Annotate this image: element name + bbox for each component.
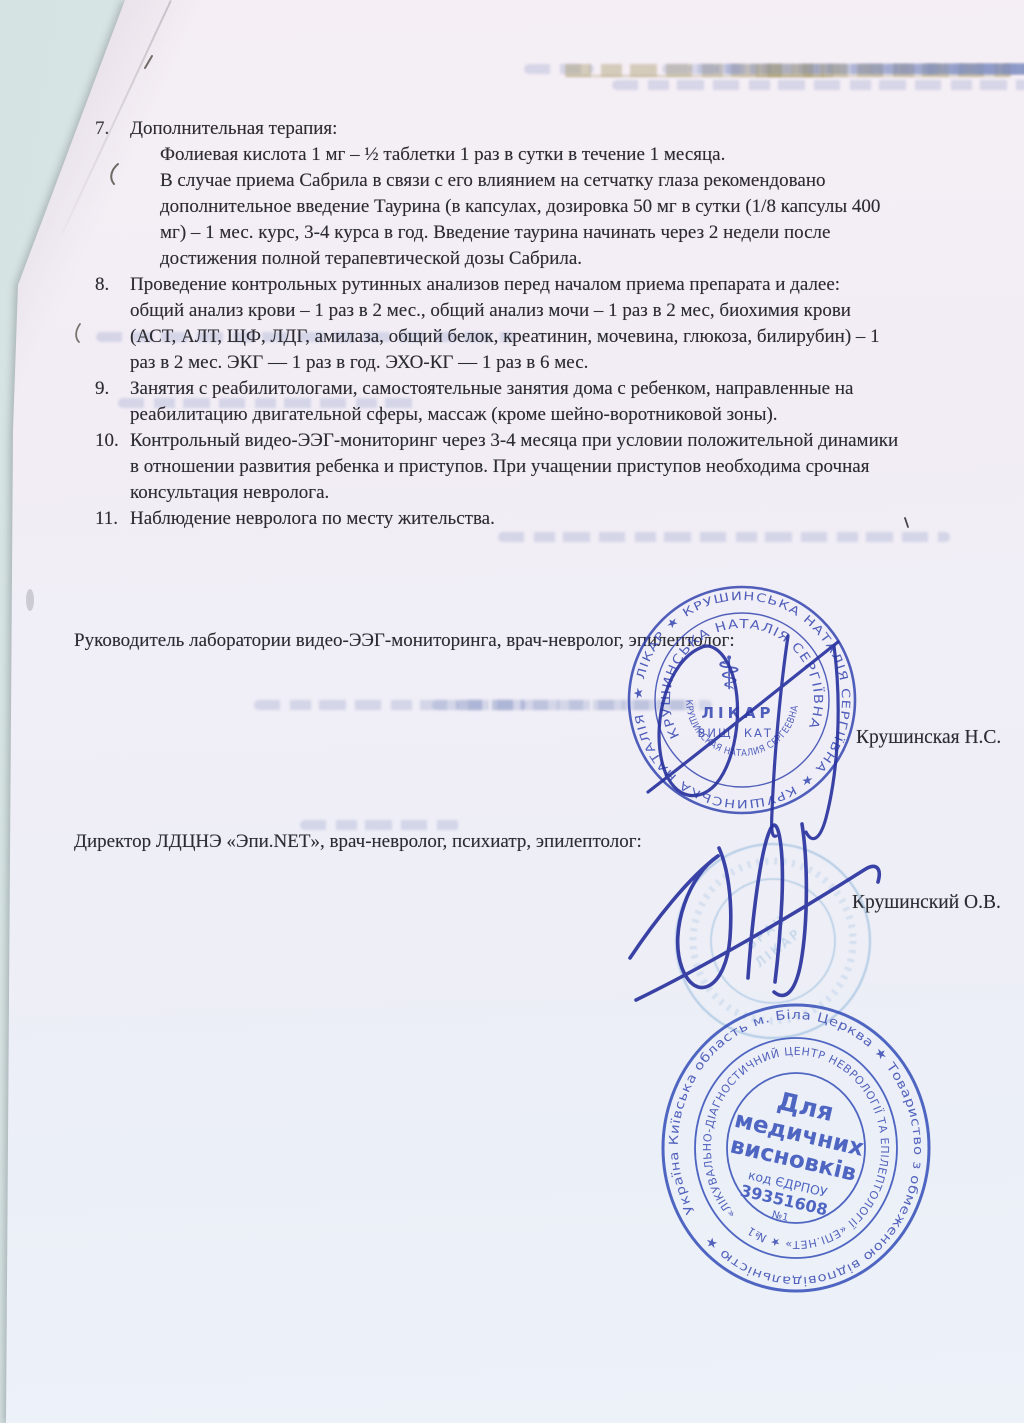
list-item-line: Наблюдение невролога по месту жительства… [130,506,1000,532]
list-item-8: 8. Проведение контрольных рутинных анали… [95,272,1000,376]
list-item-line: В случае приема Сабрила в связи с его вл… [160,168,1000,194]
list-item-number: 7. [95,116,130,272]
scanned-medical-document: { "page": { "items": [ {"number":"7.", "… [0,0,1024,1423]
list-item-line: достижения полной терапевтической дозы С… [160,246,1000,272]
list-item-line: общий анализ крови – 1 раз в 2 мес., общ… [130,298,1000,324]
svg-text:КРУШИНСЬКА НАТАЛІЯ СЕРГІЇВНА: КРУШИНСЬКА НАТАЛІЯ СЕРГІЇВНА [658,616,826,742]
list-item-line: мг) – 1 мес. курс, 3-4 курса в год. Введ… [160,220,1000,246]
list-item-line: реабилитацию двигательной сферы, массаж … [130,402,1000,428]
list-item-number: 9. [95,376,130,428]
bleed-through-line [300,820,460,830]
list-item-9: 9. Занятия с реабилитологами, самостояте… [95,376,1000,428]
signature-role-director: Директор ЛДЦНЭ «Эпи.NET», врач-невролог,… [74,831,642,853]
clinic-stamp-number: №1 [771,1209,790,1223]
doctor-round-stamp: ★ ЛІКАР ★ КРУШИНСЬКА НАТАЛІЯ СЕРГІЇВНА ★… [608,575,878,835]
list-item-number: 8. [95,272,130,376]
list-item-number: 10. [95,428,130,506]
list-item-line: дополнительное введение Таурина (в капсу… [160,194,1000,220]
list-item-number: 11. [95,506,130,532]
document-body: 7. Дополнительная терапия: Фолиевая кисл… [95,116,1000,532]
caduceus-icon: ⚕ [717,646,742,700]
list-item-line: Занятия с реабилитологами, самостоятельн… [130,376,1000,402]
doctor-stamp-center-line2: ВИЩ. КАТ. [697,726,778,740]
list-item-line: Дополнительная терапия: [130,116,1000,142]
doctor-stamp-mid-arc-text: КРУШИНСЬКА НАТАЛІЯ СЕРГІЇВНА [658,616,826,742]
bleed-through-line [498,532,950,542]
doctor-stamp-center-line1: ЛІКАР [702,704,775,722]
list-item-line: консультация невролога. [130,480,1000,506]
list-item-line: в отношении развития ребенка и приступов… [130,454,1000,480]
list-item-10: 10. Контрольный видео-ЭЭГ-мониторинг чер… [95,428,1000,506]
bleed-through-line [1000,64,1024,74]
clinic-round-stamp: Україна Київська область м. Біла Церква … [650,998,942,1298]
list-item-line: Контрольный видео-ЭЭГ-мониторинг через 3… [130,428,1000,454]
bleed-through-line [612,80,1024,90]
list-item-7: 7. Дополнительная терапия: Фолиевая кисл… [95,116,1000,272]
list-item-line: Проведение контрольных рутинных анализов… [130,272,1000,298]
list-item-line: (АСТ, АЛТ, ЩФ, ЛДГ, амилаза, общий белок… [130,324,1000,350]
list-item-line: раз в 2 мес. ЭКГ — 1 раз в год. ЭХО-КГ —… [130,350,1000,376]
list-item-line: Фолиевая кислота 1 мг – ½ таблетки 1 раз… [160,142,1000,168]
paper-sheet: 7. Дополнительная терапия: Фолиевая кисл… [0,0,1024,1423]
list-item-11: 11. Наблюдение невролога по месту житель… [95,506,1000,532]
paper-surface: 7. Дополнительная терапия: Фолиевая кисл… [0,0,1024,1423]
